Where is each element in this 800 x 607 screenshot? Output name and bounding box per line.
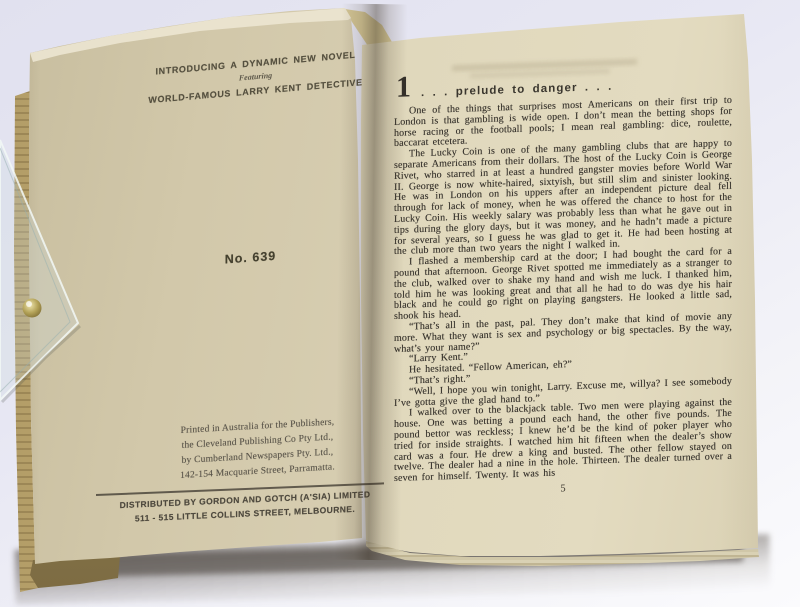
body-paragraph: I walked over to the blackjack table. Tw… (394, 398, 732, 485)
imprint-block: Printed in Australia for the Publishers,… (145, 413, 370, 486)
body-paragraphs: One of the things that surprises most Am… (394, 96, 732, 485)
glass-corner-clip (0, 0, 130, 430)
right-page-content: 1 . . . prelude to danger . . . One of t… (394, 65, 732, 500)
book-photo: INTRODUCING A DYNAMIC NEW NOVEL Featurin… (0, 0, 800, 607)
chapter-title: . . . prelude to danger . . . (421, 81, 612, 99)
brass-pin (23, 299, 42, 318)
brass-pin-highlight (26, 301, 32, 307)
glass-triangle (0, 140, 78, 400)
body-paragraph: The Lucky Coin is one of the many gambli… (394, 139, 732, 258)
chapter-number: 1 (396, 75, 411, 99)
